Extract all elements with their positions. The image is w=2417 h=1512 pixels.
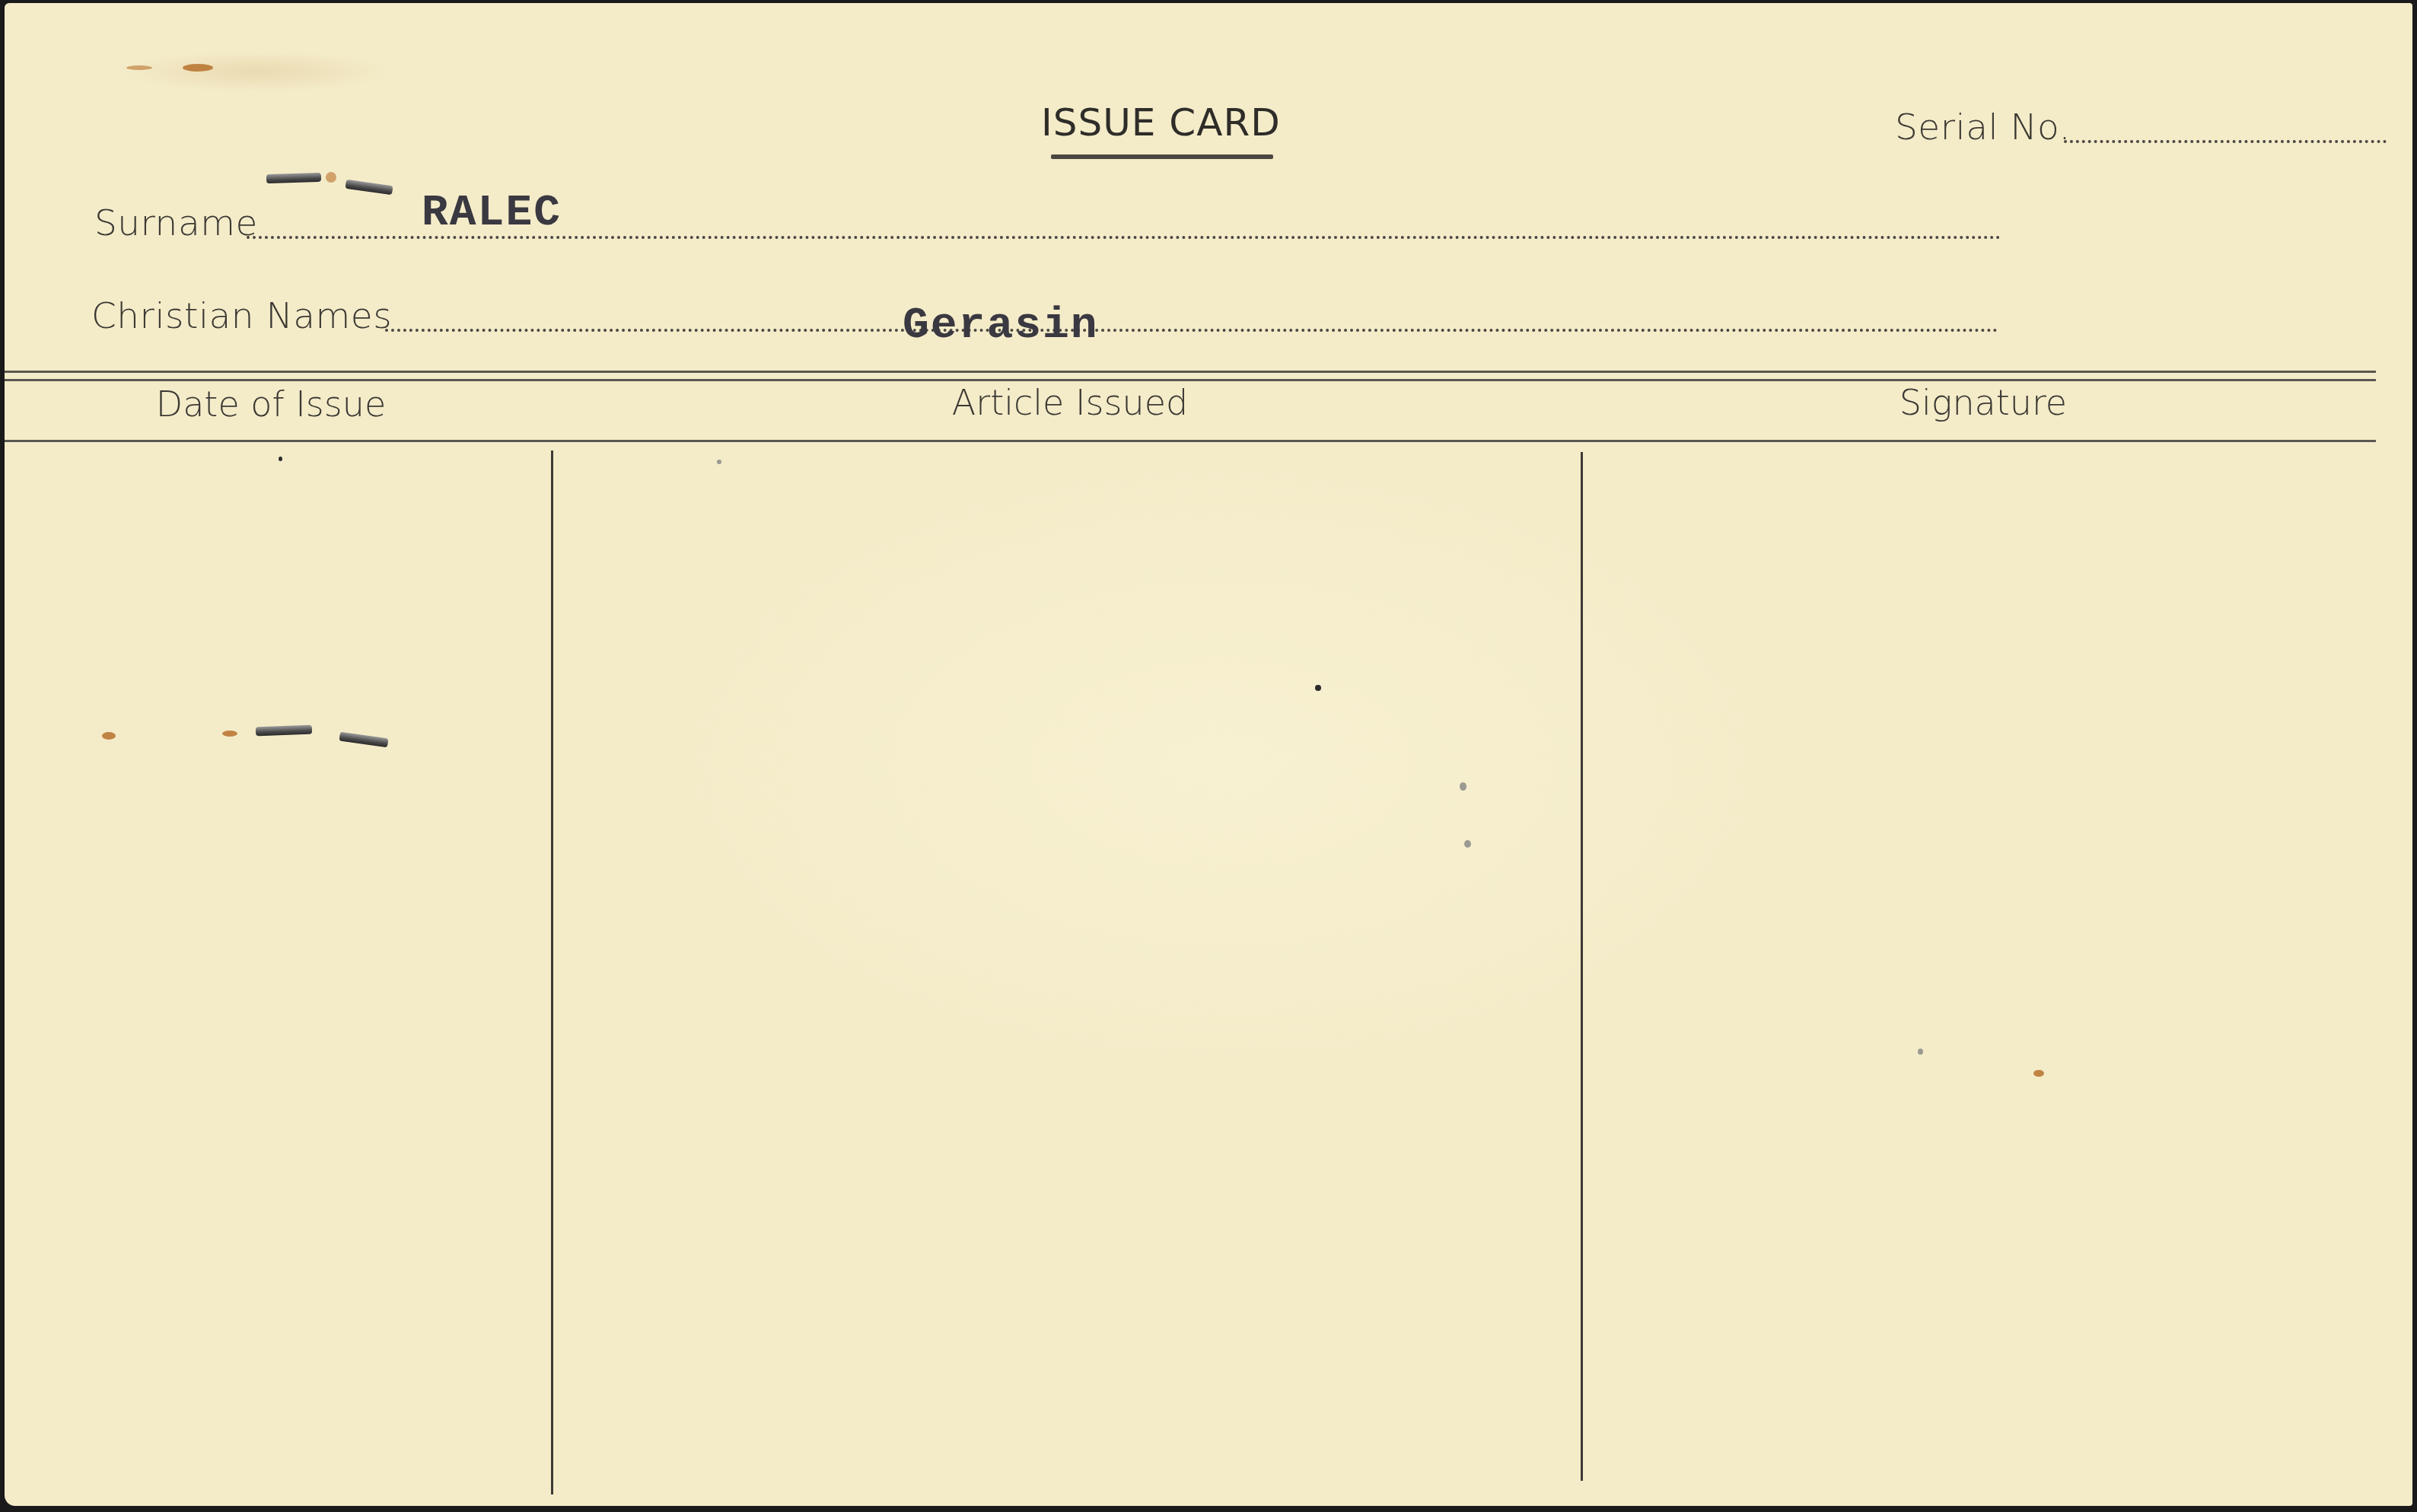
surname-label: Surname xyxy=(94,202,258,244)
double-rule-top xyxy=(5,371,2376,373)
column-divider-1 xyxy=(551,450,553,1494)
staple-mark-top-right xyxy=(345,180,393,196)
christian-names-label: Christian Names xyxy=(91,295,392,337)
staple-mark-lower-left xyxy=(256,725,312,737)
column-divider-2 xyxy=(1581,452,1583,1481)
serial-label: Serial No. xyxy=(1895,107,2071,148)
ink-speck xyxy=(1460,782,1466,791)
ink-speck xyxy=(279,457,282,461)
rust-stain xyxy=(326,172,336,183)
header-rule xyxy=(5,440,2376,442)
double-rule-bottom xyxy=(5,379,2376,381)
card-title: ISSUE CARD xyxy=(1041,100,1281,145)
column-header-signature: Signature xyxy=(1755,382,2212,423)
title-underline xyxy=(1051,154,1273,159)
rust-stain xyxy=(183,64,213,72)
date-of-issue-column[interactable] xyxy=(5,444,549,1502)
signature-column[interactable] xyxy=(1584,444,2379,1502)
christian-names-field[interactable] xyxy=(385,329,1998,332)
column-header-article-issued: Article Issued xyxy=(826,382,1314,423)
ink-speck xyxy=(717,460,721,464)
rust-stain xyxy=(102,732,116,740)
ink-speck xyxy=(1315,685,1321,691)
serial-field[interactable] xyxy=(2064,140,2387,143)
rust-stain xyxy=(126,65,152,70)
article-issued-column[interactable] xyxy=(554,444,1579,1502)
christian-names-value: Gerasin xyxy=(903,301,1099,351)
column-header-date-of-issue: Date of Issue xyxy=(50,384,492,425)
rust-stain xyxy=(2033,1070,2044,1077)
ink-speck xyxy=(1918,1049,1923,1055)
surname-value: RALEC xyxy=(422,189,562,238)
ink-speck xyxy=(1464,840,1471,848)
rust-stain xyxy=(222,731,237,737)
issue-card: ISSUE CARD Serial No. Surname RALEC Chri… xyxy=(5,3,2412,1506)
staple-mark-top-left xyxy=(266,173,321,184)
